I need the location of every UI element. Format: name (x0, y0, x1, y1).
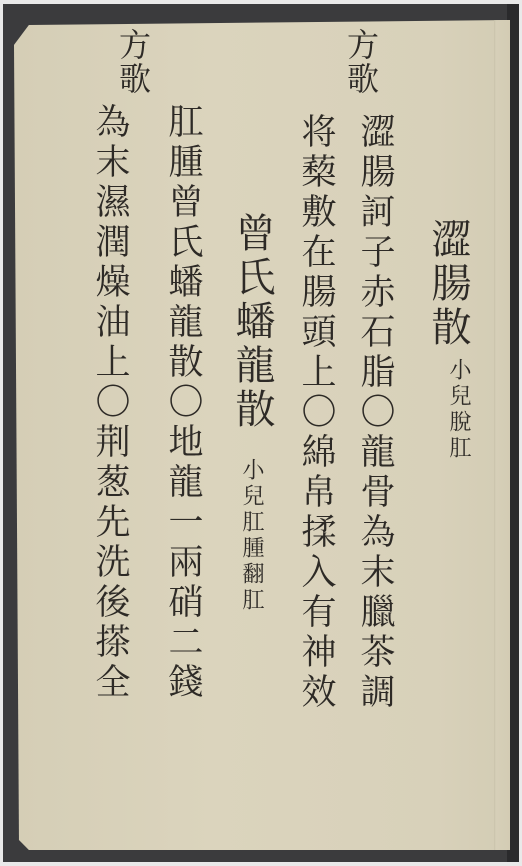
formula-indication-1: 小兒脫肛 (447, 358, 469, 462)
verse-line-1: 澀腸訶子赤石脂〇龍骨為末臘茶調 (357, 113, 392, 713)
book-page (14, 20, 510, 850)
verse-line-2: 将蔾敷在腸頭上〇綿帛揉入有神效 (298, 113, 333, 713)
formula-indication-2: 小兒肛腫翻肛 (240, 458, 262, 614)
verse-line-3: 肛腫曾氏蟠龍散〇地龍一兩硝二錢 (165, 103, 200, 703)
formula-title-serchang-san: 澀腸散 (428, 218, 468, 350)
fangge-label-2: 方歌 (117, 28, 149, 96)
formula-title-panlong-san: 曾氏蟠龍散 (232, 212, 272, 432)
verse-line-4: 為末濕潤燥油上〇荆葱先洗後搽全 (92, 103, 127, 703)
fangge-label-1: 方歌 (345, 28, 377, 96)
